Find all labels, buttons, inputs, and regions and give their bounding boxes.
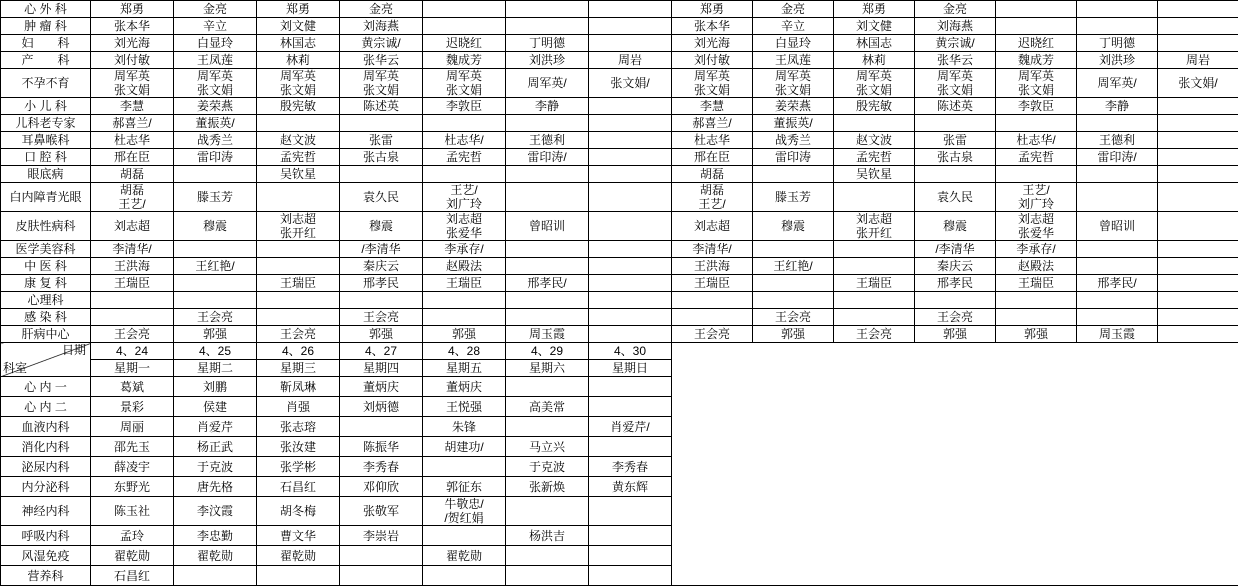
day-cell-repeat (1158, 241, 1238, 258)
day-cell-repeat (1158, 309, 1238, 326)
day-cell: 张古泉 (340, 149, 423, 166)
day-cell (589, 258, 672, 275)
day-cell: 李慧 (91, 98, 174, 115)
day-cell: 葛斌 (91, 377, 174, 397)
day-cell (589, 115, 672, 132)
day-cell (506, 417, 589, 437)
day-cell-repeat: 金亮 (753, 1, 834, 18)
dept-cell: 产 科 (1, 52, 91, 69)
day-cell: 魏成芳 (423, 52, 506, 69)
day-cell: 王悦强 (423, 397, 506, 417)
date-cell: 4、27 (340, 343, 423, 360)
day-cell-repeat: /李清华 (915, 241, 996, 258)
day-cell: 董炳庆 (423, 377, 506, 397)
day-cell: 马立兴 (506, 437, 589, 457)
day-cell: 翟乾勋 (174, 546, 257, 566)
day-cell: 杜志华 (91, 132, 174, 149)
day-cell-repeat (1077, 309, 1158, 326)
day-cell (174, 166, 257, 183)
day-cell-repeat: 雷印涛 (753, 149, 834, 166)
day-cell-repeat: 滕玉芳 (753, 183, 834, 212)
day-cell-repeat: 袁久民 (915, 183, 996, 212)
day-cell (589, 546, 672, 566)
diagonal-dept-label: 科室 (3, 361, 27, 376)
day-cell-repeat: 王艺/ 刘广玲 (996, 183, 1077, 212)
day-cell-repeat: 董振英/ (753, 115, 834, 132)
day-cell-repeat: 赵文波 (834, 132, 915, 149)
top-table-row: 眼底病胡磊吴钦星胡磊吴钦星 (1, 166, 1238, 183)
day-cell (174, 241, 257, 258)
day-cell: 肖爱芹 (174, 417, 257, 437)
day-cell-repeat: 赵殿法 (996, 258, 1077, 275)
day-cell (174, 275, 257, 292)
day-cell (423, 309, 506, 326)
day-cell-repeat (834, 292, 915, 309)
day-cell: 张汝建 (257, 437, 340, 457)
day-cell-repeat (753, 241, 834, 258)
day-cell: 王红艳/ (174, 258, 257, 275)
day-cell: 李秀春 (340, 457, 423, 477)
day-cell-repeat: 刘志超 (672, 212, 753, 241)
day-cell: 刘文健 (257, 18, 340, 35)
day-cell-repeat: 刘洪珍 (1077, 52, 1158, 69)
day-cell-repeat: 穆震 (753, 212, 834, 241)
day-cell (174, 292, 257, 309)
day-cell: 靳凤琳 (257, 377, 340, 397)
day-cell: 穆震 (174, 212, 257, 241)
day-cell (506, 309, 589, 326)
day-cell: 曾昭训 (506, 212, 589, 241)
day-cell-repeat: 王会亮 (915, 309, 996, 326)
day-cell-repeat: 王瑞臣 (672, 275, 753, 292)
day-cell-repeat: 胡磊 王艺/ (672, 183, 753, 212)
day-cell-repeat (1158, 1, 1238, 18)
day-cell (506, 546, 589, 566)
day-cell: 于克波 (174, 457, 257, 477)
day-cell: 周岩 (589, 52, 672, 69)
day-cell: 周军英 张文娟 (340, 69, 423, 98)
day-cell: 肖爱芹/ (589, 417, 672, 437)
day-cell: 邵先玉 (91, 437, 174, 457)
day-cell: 郭征东 (423, 477, 506, 497)
day-cell: 曹文华 (257, 526, 340, 546)
top-table-row: 白内障青光眼胡磊 王艺/滕玉芳袁久民王艺/ 刘广玲胡磊 王艺/滕玉芳袁久民王艺/… (1, 183, 1238, 212)
day-cell: 刘炳德 (340, 397, 423, 417)
day-cell: 王瑞臣 (91, 275, 174, 292)
top-table-row: 产 科刘付敏王凤莲林莉张华云魏成芳刘洪珍周岩刘付敏王凤莲林莉张华云魏成芳刘洪珍周… (1, 52, 1238, 69)
day-cell-repeat: 殷宪敏 (834, 98, 915, 115)
day-cell-repeat (753, 275, 834, 292)
day-cell: 朱锋 (423, 417, 506, 437)
dept-cell: 不孕不育 (1, 69, 91, 98)
day-cell (506, 566, 589, 586)
day-cell (340, 566, 423, 586)
day-cell-repeat: 白显玲 (753, 35, 834, 52)
day-cell: 孟宪哲 (423, 149, 506, 166)
day-cell: 东野光 (91, 477, 174, 497)
weekday-cell: 星期五 (423, 360, 506, 377)
day-cell-repeat: 金亮 (915, 1, 996, 18)
empty-region (672, 343, 1238, 586)
top-table-row: 不孕不育周军英 张文娟周军英 张文娟周军英 张文娟周军英 张文娟周军英 张文娟周… (1, 69, 1238, 98)
diagonal-date-label: 日期 (62, 343, 86, 358)
day-cell: 景彩 (91, 397, 174, 417)
day-cell-repeat (1077, 292, 1158, 309)
date-cell: 4、24 (91, 343, 174, 360)
day-cell: 李忠勤 (174, 526, 257, 546)
day-cell-repeat: 林莉 (834, 52, 915, 69)
day-cell: 侯建 (174, 397, 257, 417)
day-cell: 王艺/ 刘广玲 (423, 183, 506, 212)
day-cell-repeat (1158, 115, 1238, 132)
day-cell (589, 212, 672, 241)
weekday-cell: 星期四 (340, 360, 423, 377)
day-cell (423, 115, 506, 132)
day-cell (423, 526, 506, 546)
day-cell-repeat: 周军英 张文娟 (834, 69, 915, 98)
dept-cell: 风湿免疫 (1, 546, 91, 566)
day-cell (423, 292, 506, 309)
day-cell: 翟乾勋 (423, 546, 506, 566)
day-cell: 张新焕 (506, 477, 589, 497)
day-cell-repeat (1158, 35, 1238, 52)
day-cell (506, 497, 589, 526)
day-cell-repeat: 王瑞臣 (834, 275, 915, 292)
day-cell-repeat: 王德利 (1077, 132, 1158, 149)
day-cell-repeat: 周军英 张文娟 (996, 69, 1077, 98)
day-cell: 胡冬梅 (257, 497, 340, 526)
day-cell (257, 309, 340, 326)
day-cell: 周军英 张文娟 (257, 69, 340, 98)
date-dept-diagonal-cell: 日期科室 (1, 343, 91, 377)
day-cell-repeat (1077, 1, 1158, 18)
dept-cell: 呼吸内科 (1, 526, 91, 546)
dept-cell: 白内障青光眼 (1, 183, 91, 212)
day-cell: 李汶霞 (174, 497, 257, 526)
day-cell: 刘志超 (91, 212, 174, 241)
day-cell: 周军英 张文娟 (174, 69, 257, 98)
day-cell: 翟乾勋 (257, 546, 340, 566)
day-cell: 邢孝民 (340, 275, 423, 292)
day-cell-repeat: 郑勇 (672, 1, 753, 18)
day-cell-repeat: 刘光海 (672, 35, 753, 52)
day-cell (589, 309, 672, 326)
day-cell: 张本华 (91, 18, 174, 35)
day-cell: 金亮 (340, 1, 423, 18)
day-cell-repeat: 杜志华/ (996, 132, 1077, 149)
dept-cell: 血液内科 (1, 417, 91, 437)
top-table-row: 医学美容科李清华//李清华李承存/李清华//李清华李承存/ (1, 241, 1238, 258)
weekday-cell: 星期一 (91, 360, 174, 377)
day-cell: 孟宪哲 (257, 149, 340, 166)
day-cell-repeat (996, 1, 1077, 18)
day-cell-repeat (753, 292, 834, 309)
day-cell-repeat: 周玉霞 (1077, 326, 1158, 343)
day-cell: 郭强 (340, 326, 423, 343)
day-cell (589, 292, 672, 309)
day-cell: 薛凌宇 (91, 457, 174, 477)
dept-cell: 中 医 科 (1, 258, 91, 275)
day-cell-repeat: 郭强 (996, 326, 1077, 343)
dept-cell: 消化内科 (1, 437, 91, 457)
day-cell-repeat (996, 292, 1077, 309)
day-cell-repeat (915, 115, 996, 132)
day-cell: 周丽 (91, 417, 174, 437)
day-cell: 辛立 (174, 18, 257, 35)
day-cell (257, 183, 340, 212)
day-cell (423, 1, 506, 18)
day-cell-repeat (915, 166, 996, 183)
day-cell: 张志瑢 (257, 417, 340, 437)
day-cell: 杨洪吉 (506, 526, 589, 546)
dept-cell: 康 复 科 (1, 275, 91, 292)
day-cell (340, 417, 423, 437)
day-cell-repeat: 刘志超 张开红 (834, 212, 915, 241)
day-cell: 赵殿法 (423, 258, 506, 275)
day-cell: 林国志 (257, 35, 340, 52)
day-cell: 张华云 (340, 52, 423, 69)
day-cell-repeat: 王会亮 (753, 309, 834, 326)
day-cell-repeat: 张文娟/ (1158, 69, 1238, 98)
day-cell (589, 35, 672, 52)
day-cell (257, 566, 340, 586)
day-cell-repeat: 张华云 (915, 52, 996, 69)
dept-cell: 感 染 科 (1, 309, 91, 326)
day-cell-repeat: 王凤莲 (753, 52, 834, 69)
day-cell-repeat: 王会亮 (672, 326, 753, 343)
day-cell: 周军英/ (506, 69, 589, 98)
day-cell: 高美常 (506, 397, 589, 417)
day-cell-repeat: 郭强 (753, 326, 834, 343)
day-cell-repeat: 刘付敏 (672, 52, 753, 69)
day-cell: 黄东辉 (589, 477, 672, 497)
day-cell: 周军英 张文娟 (91, 69, 174, 98)
day-cell (589, 241, 672, 258)
day-cell: 刘志超 张开红 (257, 212, 340, 241)
day-cell: 邓仰欣 (340, 477, 423, 497)
day-cell-repeat (834, 241, 915, 258)
day-cell (589, 437, 672, 457)
day-cell-repeat (672, 309, 753, 326)
day-cell: 王德利 (506, 132, 589, 149)
day-cell: 刘付敏 (91, 52, 174, 69)
day-cell-repeat: 王瑞臣 (996, 275, 1077, 292)
day-cell-repeat: 穆震 (915, 212, 996, 241)
day-cell: 王会亮 (340, 309, 423, 326)
day-cell: 陈振华 (340, 437, 423, 457)
header-date-row: 日期科室4、244、254、264、274、284、294、30 (1, 343, 1238, 360)
day-cell-repeat (1158, 183, 1238, 212)
day-cell: 刘海燕 (340, 18, 423, 35)
day-cell-repeat (1077, 115, 1158, 132)
date-cell: 4、28 (423, 343, 506, 360)
day-cell: 吴钦星 (257, 166, 340, 183)
day-cell-repeat (834, 309, 915, 326)
day-cell-repeat: 秦庆云 (915, 258, 996, 275)
day-cell (506, 241, 589, 258)
top-table-row: 康 复 科王瑞臣王瑞臣邢孝民王瑞臣邢孝民/王瑞臣王瑞臣邢孝民王瑞臣邢孝民/ (1, 275, 1238, 292)
dept-cell: 口 腔 科 (1, 149, 91, 166)
day-cell-repeat: 邢孝民 (915, 275, 996, 292)
day-cell-repeat: 王洪海 (672, 258, 753, 275)
top-table-row: 耳鼻喉科杜志华战秀兰赵文波张雷杜志华/王德利杜志华战秀兰赵文波张雷杜志华/王德利 (1, 132, 1238, 149)
day-cell (506, 258, 589, 275)
day-cell: 秦庆云 (340, 258, 423, 275)
day-cell-repeat: 雷印涛/ (1077, 149, 1158, 166)
day-cell (589, 497, 672, 526)
day-cell-repeat (1158, 166, 1238, 183)
day-cell: 迟晓红 (423, 35, 506, 52)
top-table-row: 儿科老专家郝喜兰/董振英/郝喜兰/董振英/ (1, 115, 1238, 132)
day-cell-repeat (996, 18, 1077, 35)
day-cell-repeat (1077, 18, 1158, 35)
day-cell-repeat: 邢孝民/ (1077, 275, 1158, 292)
day-cell-repeat (1158, 258, 1238, 275)
dept-cell: 心 外 科 (1, 1, 91, 18)
day-cell: 翟乾勋 (91, 546, 174, 566)
day-cell-repeat: 李承存/ (996, 241, 1077, 258)
day-cell: 李敦臣 (423, 98, 506, 115)
top-table-row: 心 外 科郑勇金亮郑勇金亮郑勇金亮郑勇金亮 (1, 1, 1238, 18)
day-cell-repeat: 邢在臣 (672, 149, 753, 166)
day-cell: 董炳庆 (340, 377, 423, 397)
day-cell (340, 115, 423, 132)
day-cell: 郭强 (174, 326, 257, 343)
dept-cell: 心理科 (1, 292, 91, 309)
day-cell: 刘洪珍 (506, 52, 589, 69)
schedule-tbody: 心 外 科郑勇金亮郑勇金亮郑勇金亮郑勇金亮肿 瘤 科张本华辛立刘文健刘海燕张本华… (1, 1, 1238, 586)
day-cell: 王瑞臣 (423, 275, 506, 292)
day-cell-repeat (996, 166, 1077, 183)
day-cell-repeat: 刘海燕 (915, 18, 996, 35)
day-cell: 肖强 (257, 397, 340, 417)
day-cell-repeat (672, 292, 753, 309)
day-cell (506, 183, 589, 212)
day-cell (91, 309, 174, 326)
day-cell: 牛敬忠/ /贺红娟 (423, 497, 506, 526)
top-table-row: 感 染 科王会亮王会亮王会亮王会亮 (1, 309, 1238, 326)
dept-cell: 小 儿 科 (1, 98, 91, 115)
day-cell (340, 166, 423, 183)
day-cell-repeat: 曾昭训 (1077, 212, 1158, 241)
dept-cell: 泌尿内科 (1, 457, 91, 477)
day-cell-repeat (996, 115, 1077, 132)
day-cell (589, 275, 672, 292)
day-cell: 张雷 (340, 132, 423, 149)
day-cell (340, 546, 423, 566)
day-cell-repeat: 孟宪哲 (996, 149, 1077, 166)
day-cell-repeat: 刘志超 张爱华 (996, 212, 1077, 241)
day-cell (257, 258, 340, 275)
dept-cell: 心 内 一 (1, 377, 91, 397)
day-cell: 李秀春 (589, 457, 672, 477)
dept-cell: 神经内科 (1, 497, 91, 526)
day-cell (589, 132, 672, 149)
day-cell (257, 115, 340, 132)
day-cell: 郑勇 (257, 1, 340, 18)
day-cell-repeat: 张本华 (672, 18, 753, 35)
top-table-row: 中 医 科王洪海王红艳/秦庆云赵殿法王洪海王红艳/秦庆云赵殿法 (1, 258, 1238, 275)
day-cell: 李静 (506, 98, 589, 115)
day-cell: 于克波 (506, 457, 589, 477)
day-cell (506, 292, 589, 309)
day-cell: 袁久民 (340, 183, 423, 212)
day-cell: 杜志华/ (423, 132, 506, 149)
day-cell: 张学彬 (257, 457, 340, 477)
date-cell: 4、26 (257, 343, 340, 360)
day-cell-repeat: 战秀兰 (753, 132, 834, 149)
day-cell-repeat: 辛立 (753, 18, 834, 35)
dept-cell: 内分泌科 (1, 477, 91, 497)
day-cell: 金亮 (174, 1, 257, 18)
day-cell-repeat: 郑勇 (834, 1, 915, 18)
day-cell-repeat: 王红艳/ (753, 258, 834, 275)
top-table-row: 小 儿 科李慧姜荣燕殷宪敏陈述英李敦臣李静李慧姜荣燕殷宪敏陈述英李敦臣李静 (1, 98, 1238, 115)
day-cell: 陈述英 (340, 98, 423, 115)
day-cell (423, 18, 506, 35)
day-cell: 姜荣燕 (174, 98, 257, 115)
day-cell-repeat (1077, 166, 1158, 183)
day-cell-repeat: 吴钦星 (834, 166, 915, 183)
dept-cell: 儿科老专家 (1, 115, 91, 132)
day-cell-repeat (1077, 258, 1158, 275)
weekday-cell: 星期三 (257, 360, 340, 377)
day-cell: 王洪海 (91, 258, 174, 275)
day-cell-repeat (1158, 212, 1238, 241)
day-cell-repeat (996, 309, 1077, 326)
schedule-table: 心 外 科郑勇金亮郑勇金亮郑勇金亮郑勇金亮肿 瘤 科张本华辛立刘文健刘海燕张本华… (0, 0, 1238, 586)
day-cell (423, 566, 506, 586)
top-table-row: 皮肤性病科刘志超穆震刘志超 张开红穆震刘志超 张爱华曾昭训刘志超穆震刘志超 张开… (1, 212, 1238, 241)
day-cell (423, 457, 506, 477)
day-cell (340, 292, 423, 309)
day-cell-repeat: 丁明德 (1077, 35, 1158, 52)
top-table-row: 肝病中心王会亮郭强王会亮郭强郭强周玉霞王会亮郭强王会亮郭强郭强周玉霞 (1, 326, 1238, 343)
day-cell-repeat (1158, 292, 1238, 309)
weekday-cell: 星期日 (589, 360, 672, 377)
day-cell (506, 18, 589, 35)
day-cell-repeat: 魏成芳 (996, 52, 1077, 69)
day-cell (589, 18, 672, 35)
day-cell-repeat: 黄宗诚/ (915, 35, 996, 52)
day-cell-repeat: 胡磊 (672, 166, 753, 183)
day-cell (589, 397, 672, 417)
day-cell-repeat: 周军英 张文娟 (753, 69, 834, 98)
day-cell: 胡建功/ (423, 437, 506, 457)
dept-cell: 心 内 二 (1, 397, 91, 417)
top-table-row: 心理科 (1, 292, 1238, 309)
dept-cell: 皮肤性病科 (1, 212, 91, 241)
weekday-cell: 星期二 (174, 360, 257, 377)
day-cell (589, 566, 672, 586)
day-cell: 唐先格 (174, 477, 257, 497)
day-cell-repeat (834, 115, 915, 132)
day-cell: 石昌红 (91, 566, 174, 586)
day-cell (589, 98, 672, 115)
day-cell-repeat: 迟晓红 (996, 35, 1077, 52)
day-cell-repeat: 林国志 (834, 35, 915, 52)
day-cell-repeat: 张古泉 (915, 149, 996, 166)
day-cell: 丁明德 (506, 35, 589, 52)
day-cell (589, 166, 672, 183)
day-cell (257, 241, 340, 258)
day-cell: 王会亮 (91, 326, 174, 343)
top-table-row: 口 腔 科邢在臣雷印涛孟宪哲张古泉孟宪哲雷印涛/邢在臣雷印涛孟宪哲张古泉孟宪哲雷… (1, 149, 1238, 166)
day-cell: 穆震 (340, 212, 423, 241)
day-cell: 殷宪敏 (257, 98, 340, 115)
day-cell: /李清华 (340, 241, 423, 258)
day-cell-repeat: 李静 (1077, 98, 1158, 115)
